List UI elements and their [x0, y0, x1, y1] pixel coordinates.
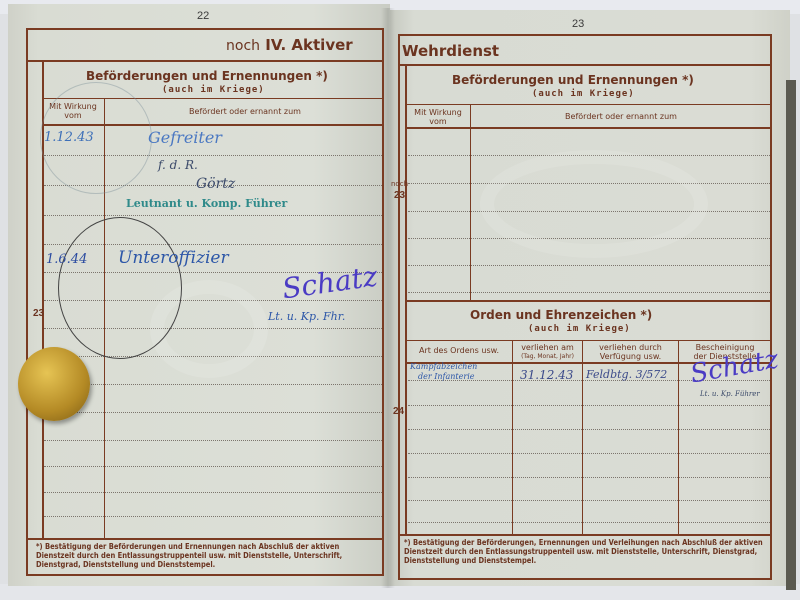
divider [405, 127, 772, 129]
divider [678, 340, 679, 534]
row-line [44, 384, 382, 385]
award-type: Kampfabzeichen [410, 362, 477, 371]
row-line [408, 453, 770, 454]
awards-col-type: Art des Ordens usw. [407, 346, 511, 355]
divider [405, 64, 407, 534]
row-label-prefix: noch [391, 180, 408, 188]
row-label-left: 23 [33, 308, 44, 319]
awards-col-authority-l2: Verfügung usw. [584, 352, 677, 361]
row-line [44, 412, 382, 413]
row-line [408, 405, 770, 406]
awards-row-label: 24 [393, 406, 404, 417]
entry-note: f. d. R. [158, 158, 198, 172]
divider [405, 300, 772, 302]
row-line [408, 477, 770, 478]
row-line [408, 429, 770, 430]
row-line [44, 492, 382, 493]
col-header-date-right: Mit Wirkung vom [407, 108, 469, 126]
entry-rank: Unteroffizier [118, 248, 229, 268]
row-line [44, 516, 382, 517]
table-title-right: Beförderungen und Ernennungen *) [452, 73, 694, 87]
award-date: 31.12.43 [520, 368, 573, 382]
footnote-right: *) Bestätigung der Beförderungen, Ernenn… [404, 538, 768, 565]
row-line [44, 466, 382, 467]
awards-col-date-label: verliehen am [514, 343, 581, 352]
entry-signature-title: Lt. u. Kp. Fhr. [268, 310, 345, 323]
row-line [408, 500, 770, 501]
divider [512, 340, 513, 534]
row-line [44, 215, 382, 216]
divider [405, 104, 772, 105]
divider [470, 104, 471, 300]
awards-col-date-format: (Tag, Monat, Jahr) [514, 352, 581, 361]
book-cover-edge [786, 80, 796, 590]
row-label-right: 23 [394, 190, 405, 201]
awards-col-authority: verliehen durch Verfügung usw. [584, 343, 677, 361]
section-title-text: IV. Aktiver [265, 36, 352, 54]
entry-signature: Görtz [196, 176, 235, 192]
circular-stamp [58, 217, 182, 359]
awards-title: Orden und Ehrenzeichen *) [470, 308, 652, 322]
section-title-prefix: noch [226, 38, 260, 54]
divider [26, 60, 384, 62]
table-subtitle-left: (auch im Kriege) [162, 85, 265, 95]
table-subtitle-right: (auch im Kriege) [532, 89, 635, 99]
section-title-left: noch IV. Aktiver [226, 36, 353, 54]
watermark-eagle [480, 150, 708, 258]
divider [398, 534, 772, 536]
table-title-left: Beförderungen und Ernennungen *) [86, 69, 328, 83]
entry-date: 1.12.43 [44, 130, 94, 145]
col-header-rank-left: Befördert oder ernannt zum [106, 107, 384, 116]
divider [28, 538, 384, 540]
entry-rank: Gefreiter [148, 128, 222, 147]
entry-date: 1.6.44 [46, 252, 87, 267]
right-page-number: 23 [572, 18, 584, 30]
awards-subtitle: (auch im Kriege) [528, 324, 631, 334]
left-page-number: 22 [197, 10, 209, 22]
row-line [408, 265, 770, 266]
award-type-line2: der Infanterie [418, 372, 474, 381]
background-bottom [0, 584, 800, 600]
col-header-rank-right: Befördert oder ernannt zum [472, 112, 770, 121]
section-title-right: Wehrdienst [402, 42, 499, 60]
coin [18, 347, 90, 421]
row-line [44, 440, 382, 441]
awards-col-authority-l1: verliehen durch [584, 343, 677, 352]
divider [405, 340, 772, 341]
divider [398, 64, 772, 66]
rank-stamp: Leutnant u. Komp. Führer [126, 197, 287, 210]
row-line [408, 292, 770, 293]
award-authority: Feldbtg. 3/572 [586, 368, 667, 381]
awards-col-date: verliehen am (Tag, Monat, Jahr) [514, 343, 581, 361]
divider [582, 340, 583, 534]
footnote-left: *) Bestätigung der Beförderungen und Ern… [36, 542, 380, 569]
row-line [408, 522, 770, 523]
award-certification-title: Lt. u. Kp. Führer [700, 390, 760, 398]
